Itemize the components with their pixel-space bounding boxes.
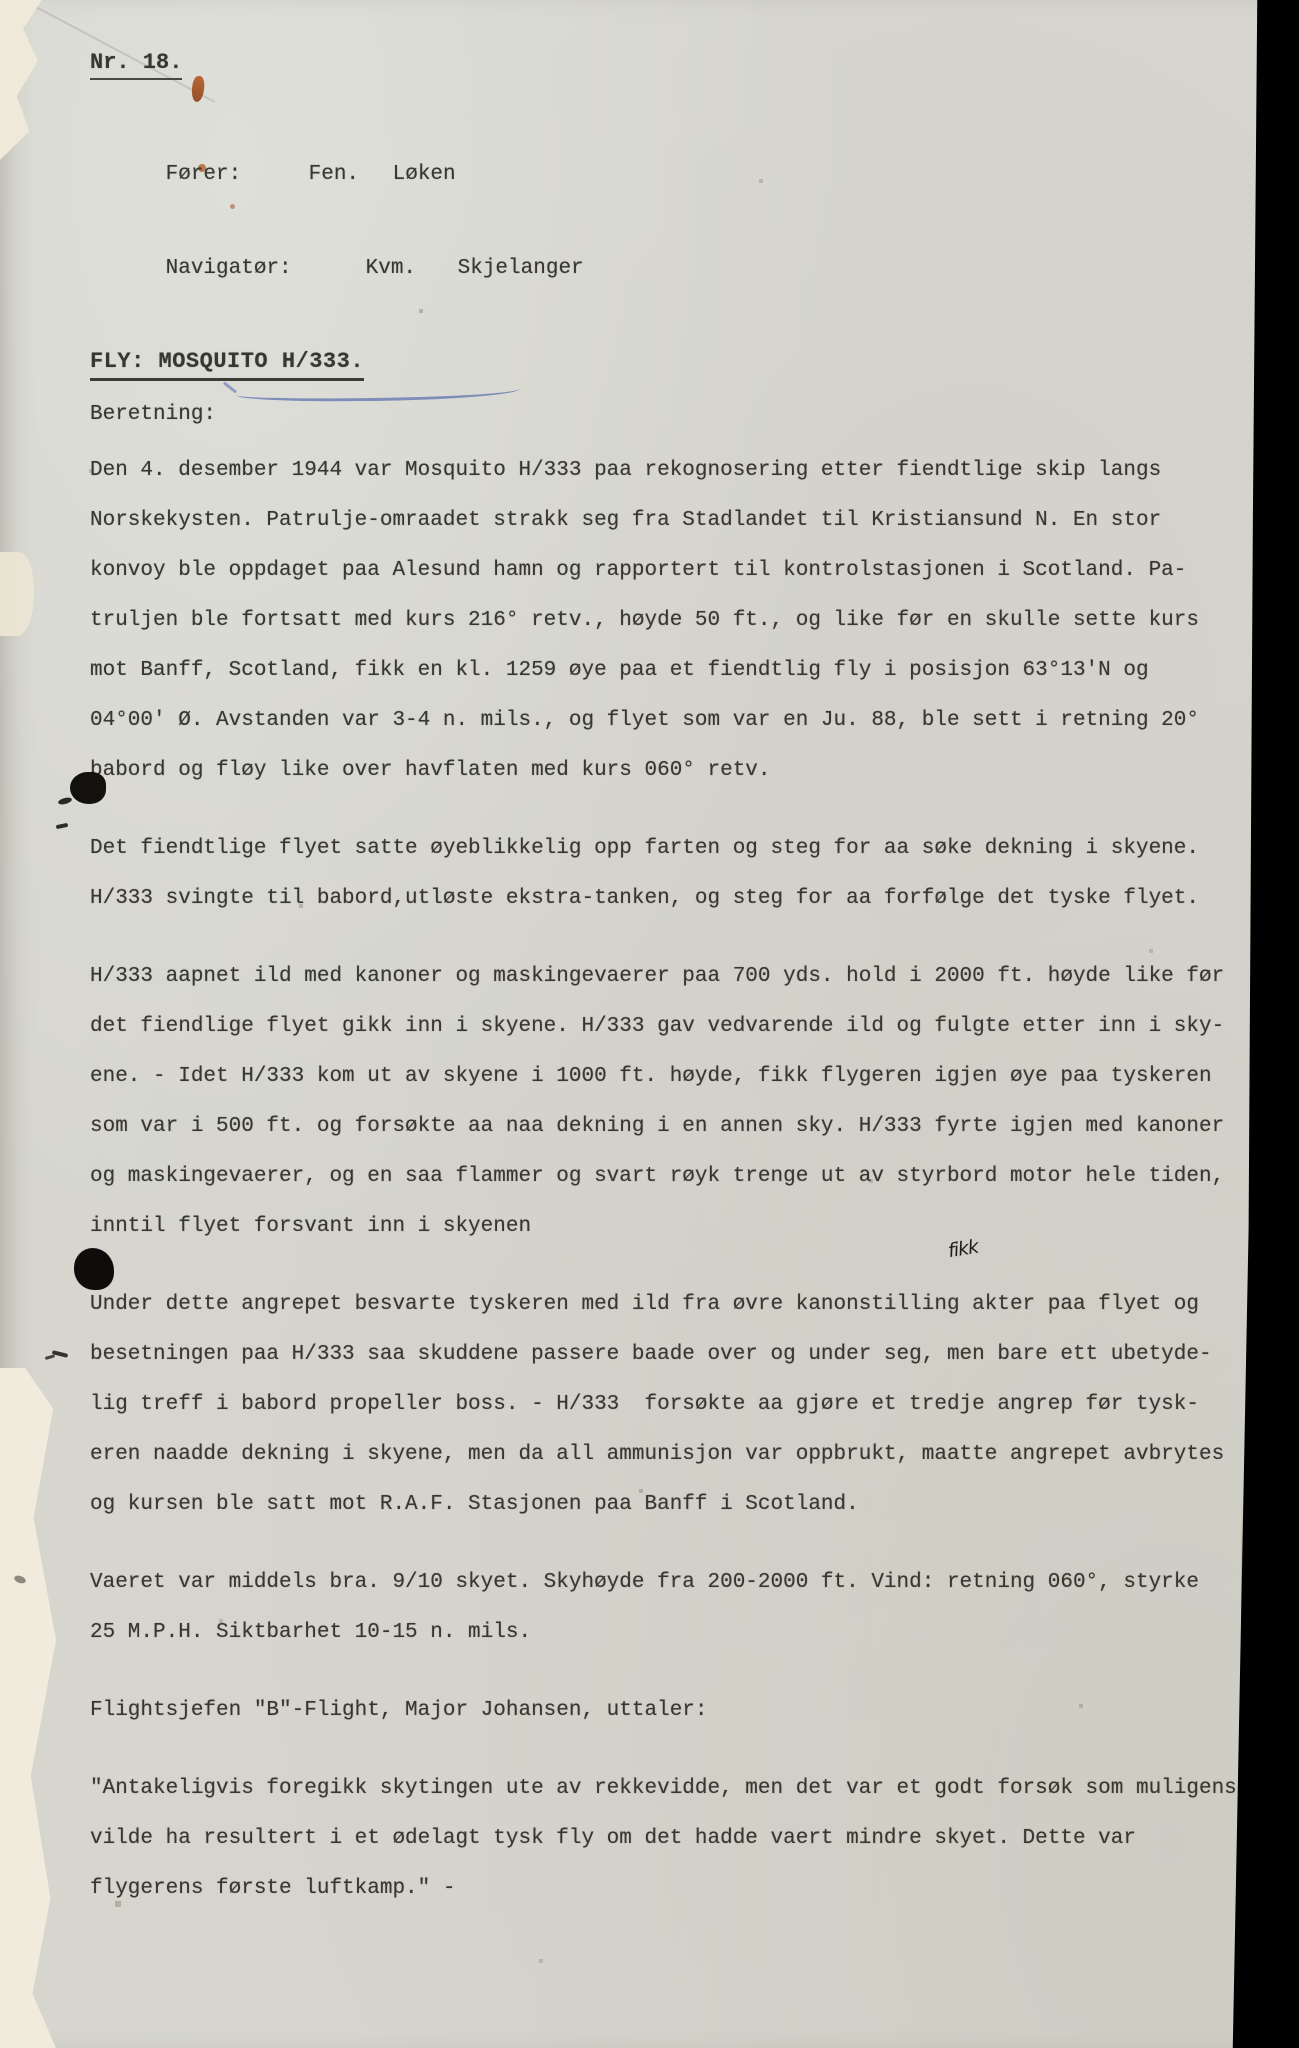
navigator-name: Skjelanger	[458, 257, 584, 280]
handwritten-insertion: fikk	[946, 1236, 979, 1262]
text-line: Under dette angrepet besvarte tyskeren m…	[90, 1280, 1280, 1330]
text-line: babord og fløy like over havflaten med k…	[90, 746, 1280, 796]
navigator-label: Navigatør:	[166, 257, 366, 280]
text-line: og maskingevaerer, og en saa flammer og …	[90, 1152, 1280, 1202]
text-line: "Antakeligvis foregikk skytingen ute av …	[90, 1764, 1280, 1814]
text-line: som var i 500 ft. og forsøkte aa naa dek…	[90, 1102, 1280, 1152]
scanned-document-page: Nr. 18. Fører:Fen.Løken Navigatør:Kvm.Sk…	[0, 0, 1299, 2048]
document-content: Nr. 18. Fører:Fen.Løken Navigatør:Kvm.Sk…	[90, 0, 1280, 1942]
paragraph-quote: "Antakeligvis foregikk skytingen ute av …	[90, 1764, 1280, 1914]
paragraph-attack: H/333 aapnet ild med kanoner og maskinge…	[90, 952, 1280, 1252]
text-line: vilde ha resultert i et ødelagt tysk fly…	[90, 1814, 1280, 1864]
text-line: Vaeret var middels bra. 9/10 skyet. Skyh…	[90, 1558, 1280, 1608]
text-line: besetningen paa H/333 saa skuddene passe…	[90, 1330, 1280, 1380]
text-line: ene. - Idet H/333 kom ut av skyene i 100…	[90, 1052, 1280, 1102]
text-line: Det fiendtlige flyet satte øyeblikkelig …	[90, 824, 1280, 874]
text-line: inntil flyet forsvant inn i skyenen	[90, 1202, 1280, 1252]
text-line: truljen ble fortsatt med kurs 216° retv.…	[90, 596, 1280, 646]
text-line: og kursen ble satt mot R.A.F. Stasjonen …	[90, 1480, 1280, 1530]
text-line: Flightsjefen "B"-Flight, Major Johansen,…	[90, 1686, 1280, 1736]
paragraph-return-fire: Under dette angrepet besvarte tyskeren m…	[90, 1280, 1280, 1530]
ink-mark	[56, 823, 69, 829]
paragraph-weather: Vaeret var middels bra. 9/10 skyet. Skyh…	[90, 1558, 1280, 1658]
text-line: H/333 svingte til babord,utløste ekstra-…	[90, 874, 1280, 924]
pilot-label: Fører:	[166, 163, 309, 186]
text-line: Den 4. desember 1944 var Mosquito H/333 …	[90, 446, 1280, 496]
text-line: konvoy ble oppdaget paa Alesund hamn og …	[90, 546, 1280, 596]
pilot-name: Løken	[393, 163, 456, 186]
text-line: 04°00' Ø. Avstanden var 3-4 n. mils., og…	[90, 696, 1280, 746]
text-line: Norskekysten. Patrulje-omraadet strakk s…	[90, 496, 1280, 546]
paragraph-enemy-reaction: Det fiendtlige flyet satte øyeblikkelig …	[90, 824, 1280, 924]
report-number: Nr. 18.	[90, 50, 182, 80]
text-line: H/333 aapnet ild med kanoner og maskinge…	[90, 952, 1280, 1002]
ink-mark	[52, 1350, 68, 1358]
navigator-line: Navigatør:Kvm.Skjelanger	[90, 234, 1280, 303]
paragraph-mission-summary: Den 4. desember 1944 var Mosquito H/333 …	[90, 446, 1280, 796]
text-line: lig treff i babord propeller boss. - H/3…	[90, 1380, 1280, 1430]
paragraph-flight-commander: Flightsjefen "B"-Flight, Major Johansen,…	[90, 1686, 1280, 1736]
text-line: 25 M.P.H. Siktbarhet 10-15 n. mils.	[90, 1608, 1280, 1658]
text-line: eren naadde dekning i skyene, men da all…	[90, 1430, 1280, 1480]
navigator-rank: Kvm.	[366, 257, 458, 280]
report-section-label: Beretning:	[90, 403, 1280, 426]
text-line: mot Banff, Scotland, fikk en kl. 1259 øy…	[90, 646, 1280, 696]
pilot-line: Fører:Fen.Løken	[90, 140, 1280, 209]
ink-blot	[70, 772, 106, 804]
text-line: flygerens første luftkamp." -	[90, 1864, 1280, 1914]
ink-blot	[74, 1248, 114, 1290]
text-line: det fiendlige flyet gikk inn i skyene. H…	[90, 1002, 1280, 1052]
pilot-rank: Fen.	[309, 163, 393, 186]
torn-paper-left-strip	[0, 1368, 56, 2048]
torn-paper-left-middle	[0, 552, 34, 636]
paper-speckles	[0, 0, 2, 2]
aircraft-heading: FLY: MOSQUITO H/333.	[90, 349, 364, 381]
torn-paper-top-left	[0, 0, 42, 160]
